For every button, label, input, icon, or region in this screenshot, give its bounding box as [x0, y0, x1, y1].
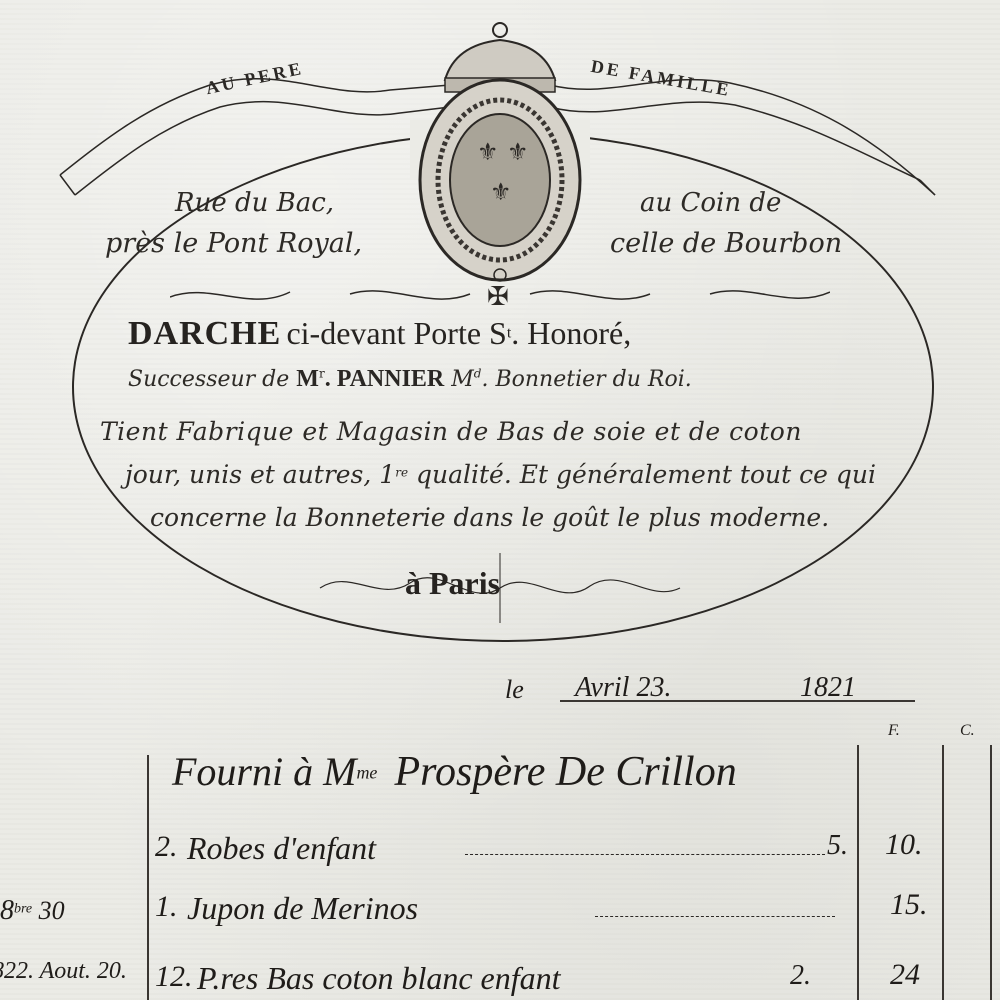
address-right-line2: celle de Bourbon — [610, 228, 842, 259]
item-francs: 15. — [890, 888, 928, 922]
address-right-line1: au Coin de — [640, 188, 781, 218]
item-francs: 24 — [890, 958, 920, 992]
address-left-line2: près le Pont Royal, — [105, 228, 362, 259]
description-line2-sup: re — [395, 466, 408, 480]
successor-title: . Bonnetier du Roi. — [481, 367, 691, 392]
successor-line: Successeur de Mr. PANNIER Md. Bonnetier … — [128, 366, 692, 393]
margin-note-text: 8 — [0, 895, 14, 926]
supplied-to-prefix: Fourni à M — [172, 749, 356, 794]
item-row: 2. Robes d'enfant 5. — [155, 830, 855, 870]
margin-note: 1822. Aout. 20. — [0, 958, 127, 985]
item-description: P.res Bas coton blanc enfant — [197, 960, 561, 997]
merchant-tagline: ci-devant Porte S — [286, 315, 506, 351]
margin-note: 8bre 30 — [0, 895, 65, 927]
item-qty: 1. — [155, 890, 178, 924]
table-right-rule — [990, 745, 992, 1000]
successor-name-m: M — [296, 366, 319, 392]
date-prefix: le — [505, 675, 524, 705]
svg-text:⚜: ⚜ — [477, 138, 499, 166]
description-line2-a: jour, unis et autres, 1 — [125, 460, 395, 489]
item-description: Jupon de Merinos — [187, 890, 418, 927]
svg-text:⚜: ⚜ — [507, 138, 529, 166]
supplied-to-line: Fourni à Mme Prospère De Crillon — [172, 748, 737, 796]
table-centimes-rule — [942, 745, 944, 1000]
table-left-rule — [147, 755, 149, 1000]
column-francs-header: F. — [888, 722, 900, 740]
item-francs: 10. — [885, 828, 923, 862]
table-francs-rule — [857, 745, 859, 1000]
customer-name: Prospère De Crillon — [395, 749, 737, 795]
merchant-tagline-end: . Honoré, — [511, 315, 631, 351]
item-unit-price: 5. — [827, 830, 848, 862]
item-qty: 12. — [155, 960, 193, 994]
supplied-to-sup: me — [356, 763, 377, 783]
item-row: 1. Jupon de Merinos — [155, 890, 855, 930]
address-left-line1: Rue du Bac, — [175, 188, 334, 218]
merchant-line: DARCHE ci-devant Porte St. Honoré, — [128, 315, 631, 353]
description-line2: jour, unis et autres, 1re qualité. Et gé… — [125, 460, 876, 489]
flourish-divider — [170, 282, 830, 312]
column-centimes-header: C. — [960, 722, 975, 740]
description-line3: concerne la Bonneterie dans le goût le p… — [150, 503, 829, 532]
item-row: 12. P.res Bas coton blanc enfant 2. — [155, 960, 855, 1000]
date-underline — [560, 700, 915, 702]
item-qty: 2. — [155, 830, 178, 864]
item-unit-price: 2. — [790, 960, 811, 992]
successor-prefix: Successeur de — [128, 367, 289, 392]
margin-note-sup: bre — [14, 902, 32, 917]
merchant-name: DARCHE — [128, 315, 281, 352]
royal-crest-icon: ⚜ ⚜ ⚜ ✠ — [405, 20, 595, 310]
city-label: à Paris — [405, 565, 500, 602]
svg-text:⚜: ⚜ — [490, 178, 512, 206]
margin-note-rest: 30 — [32, 896, 65, 925]
successor-title-m: M — [451, 367, 474, 392]
description-line1: Tient Fabrique et Magasin de Bas de soie… — [100, 417, 802, 446]
item-description: Robes d'enfant — [187, 830, 376, 867]
description-line2-b: qualité. Et généralement tout ce qui — [408, 460, 876, 489]
successor-name: . PANNIER — [325, 366, 445, 392]
